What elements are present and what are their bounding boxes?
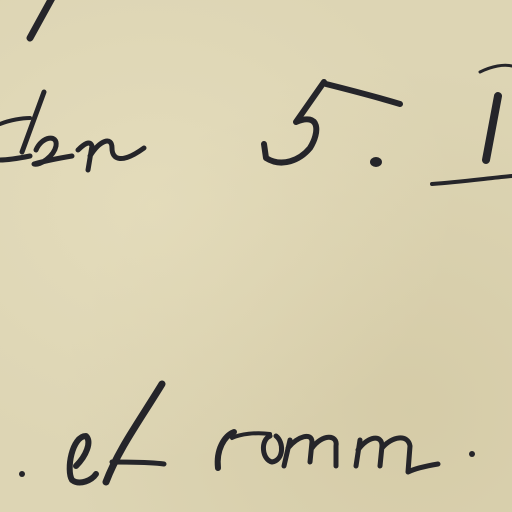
numeral-5 [264,82,400,167]
handwriting [0,0,512,512]
word-sen [0,92,144,170]
stroke-top-left [30,0,52,38]
phrase-et-comm [19,384,475,482]
letter-b-underlined [432,65,512,184]
